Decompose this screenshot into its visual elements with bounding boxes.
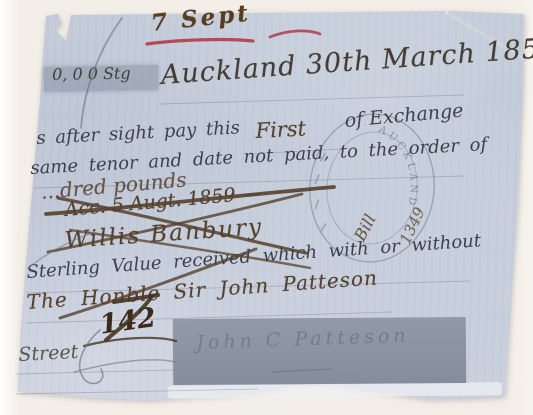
scanned-bill-of-exchange: AUCKLAND 7 Sept 0, 0 0 Stg Auckland 30th…: [0, 0, 533, 415]
ink-flourish: [84, 338, 176, 346]
pencil-underline: [74, 360, 176, 372]
strikethrough-stroke: [60, 249, 256, 318]
strikethrough-stroke: [58, 198, 306, 253]
red-dash-mark: [270, 31, 320, 37]
ink-strokes-layer: [0, 0, 533, 415]
pencil-loop-flourish: [80, 330, 103, 384]
pencil-curve: [81, 18, 122, 128]
strikethrough-stroke: [70, 230, 310, 268]
signature-underline: [272, 369, 332, 372]
strikethrough-stroke: [46, 187, 334, 214]
red-underline: [147, 40, 253, 44]
